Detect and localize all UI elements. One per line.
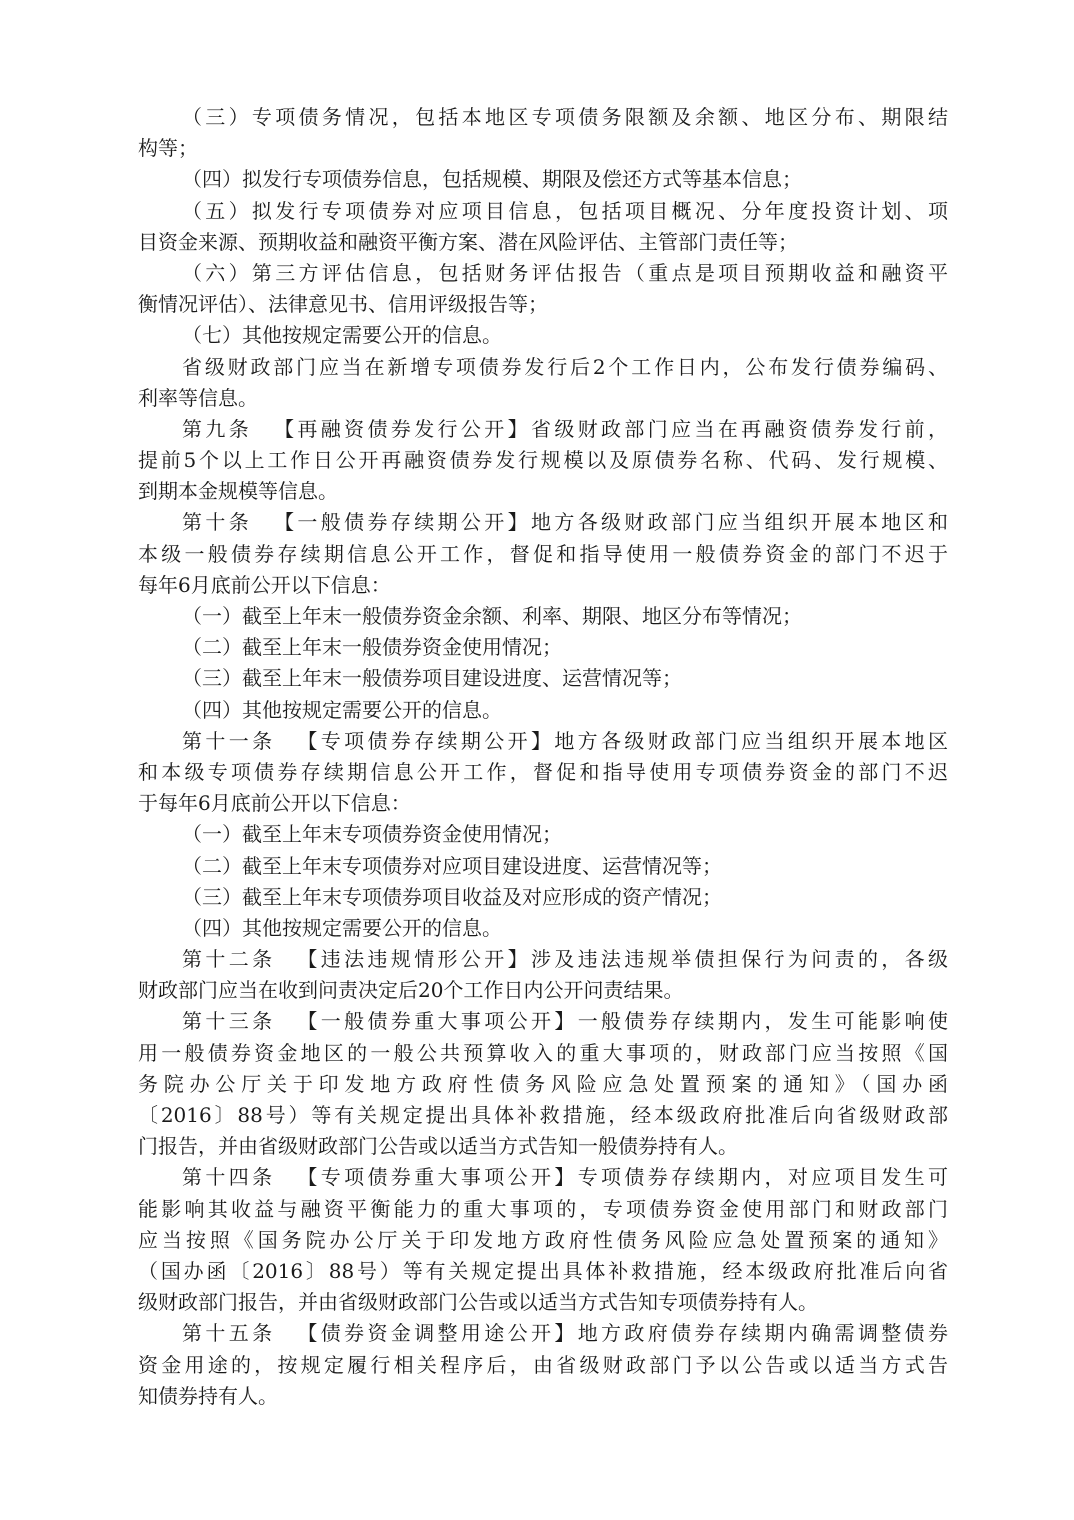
article-title: 【违法违规情形公开】	[297, 947, 531, 971]
list-item-7: （七）其他按规定需要公开的信息。	[138, 320, 948, 351]
text-line: 衡情况评估）、法律意见书、信用评级报告等；	[138, 289, 948, 320]
article-number: 第十四条	[182, 1165, 275, 1189]
article-13: 第十三条【一般债券重大事项公开】一般债券存续期内，发生可能影响使 用一般债券资金…	[138, 1006, 948, 1162]
article-number: 第九条	[182, 417, 252, 441]
document-page: （三）专项债务情况，包括本地区专项债务限额及余额、地区分布、期限结 构等； （四…	[138, 102, 948, 1412]
text-line: 省级财政部门应当在新增专项债券发行后2个工作日内，公布发行债券编码、	[138, 352, 948, 383]
text-line: （四）其他按规定需要公开的信息。	[138, 695, 948, 726]
article-title: 【一般债券重大事项公开】	[297, 1009, 577, 1033]
text-line: 涉及违法违规举债担保行为问责的，各级	[531, 947, 948, 971]
text-line: （七）其他按规定需要公开的信息。	[138, 320, 948, 351]
list-item: （一）截至上年末专项债券资金使用情况；	[138, 819, 948, 850]
text-line: 应当按照《国务院办公厅关于印发地方政府性债务风险应急处置预案的通知》	[138, 1225, 948, 1256]
text-line: 地方各级财政部门应当组织开展本地区和	[531, 510, 948, 534]
article-15: 第十五条【债券资金调整用途公开】地方政府债券存续期内确需调整债券 资金用途的，按…	[138, 1318, 948, 1412]
text-line: （一）截至上年末一般债券资金余额、利率、期限、地区分布等情况；	[138, 601, 948, 632]
article-title: 【债券资金调整用途公开】	[297, 1321, 577, 1345]
list-item-6: （六）第三方评估信息，包括财务评估报告（重点是项目预期收益和融资平 衡情况评估）…	[138, 258, 948, 320]
list-item-5: （五）拟发行专项债券对应项目信息，包括项目概况、分年度投资计划、项 目资金来源、…	[138, 196, 948, 258]
text-line: 务院办公厅关于印发地方政府性债务风险应急处置预案的通知》（国办函	[138, 1069, 948, 1100]
text-line: （二）截至上年末专项债券对应项目建设进度、运营情况等；	[138, 851, 948, 882]
text-line: 提前5个以上工作日公开再融资债券发行规模以及原债券名称、代码、发行规模、	[138, 445, 948, 476]
text-line: 知债券持有人。	[138, 1381, 948, 1412]
text-line: 目资金来源、预期收益和融资平衡方案、潜在风险评估、主管部门责任等；	[138, 227, 948, 258]
list-item: （三）截至上年末专项债券项目收益及对应形成的资产情况；	[138, 882, 948, 913]
article-14: 第十四条【专项债券重大事项公开】专项债券存续期内，对应项目发生可 能影响其收益与…	[138, 1162, 948, 1318]
article-first-line: 第十三条【一般债券重大事项公开】一般债券存续期内，发生可能影响使	[138, 1006, 948, 1037]
article-10: 第十条【一般债券存续期公开】地方各级财政部门应当组织开展本地区和 本级一般债券存…	[138, 507, 948, 601]
text-line: 本级一般债券存续期信息公开工作，督促和指导使用一般债券资金的部门不迟于	[138, 539, 948, 570]
text-line: （三）截至上年末一般债券项目建设进度、运营情况等；	[138, 663, 948, 694]
text-line: （国办函〔2016〕88号）等有关规定提出具体补救措施，经本级政府批准后向省	[138, 1256, 948, 1287]
paragraph-issue-info: 省级财政部门应当在新增专项债券发行后2个工作日内，公布发行债券编码、 利率等信息…	[138, 352, 948, 414]
text-line: 地方各级财政部门应当组织开展本地区	[554, 729, 948, 753]
text-line: 资金用途的，按规定履行相关程序后，由省级财政部门予以公告或以适当方式告	[138, 1350, 948, 1381]
article-12: 第十二条【违法违规情形公开】涉及违法违规举债担保行为问责的，各级 财政部门应当在…	[138, 944, 948, 1006]
text-line: 用一般债券资金地区的一般公共预算收入的重大事项的，财政部门应当按照《国	[138, 1038, 948, 1069]
article-title: 【一般债券存续期公开】	[274, 510, 531, 534]
text-line: 利率等信息。	[138, 383, 948, 414]
text-line: 门报告，并由省级财政部门公告或以适当方式告知一般债券持有人。	[138, 1131, 948, 1162]
article-first-line: 第十五条【债券资金调整用途公开】地方政府债券存续期内确需调整债券	[138, 1318, 948, 1349]
article-number: 第十三条	[182, 1009, 275, 1033]
text-line: 每年6月底前公开以下信息：	[138, 570, 948, 601]
text-line: 构等；	[138, 133, 948, 164]
list-item-4: （四）拟发行专项债券信息，包括规模、期限及偿还方式等基本信息；	[138, 164, 948, 195]
text-line: （三）专项债务情况，包括本地区专项债务限额及余额、地区分布、期限结	[138, 102, 948, 133]
article-number: 第十五条	[182, 1321, 275, 1345]
article-number: 第十条	[182, 510, 252, 534]
list-item: （四）其他按规定需要公开的信息。	[138, 913, 948, 944]
text-line: 财政部门应当在收到问责决定后20个工作日内公开问责结果。	[138, 975, 948, 1006]
text-line: （六）第三方评估信息，包括财务评估报告（重点是项目预期收益和融资平	[138, 258, 948, 289]
article-title: 【再融资债券发行公开】	[274, 417, 531, 441]
article-11: 第十一条【专项债券存续期公开】地方各级财政部门应当组织开展本地区 和本级专项债券…	[138, 726, 948, 820]
text-line: 专项债券存续期内，对应项目发生可	[578, 1165, 948, 1189]
text-line: 和本级专项债券存续期信息公开工作，督促和指导使用专项债券资金的部门不迟	[138, 757, 948, 788]
text-line: 到期本金规模等信息。	[138, 476, 948, 507]
text-line: 〔2016〕88号）等有关规定提出具体补救措施，经本级政府批准后向省级财政部	[138, 1100, 948, 1131]
text-line: （一）截至上年末专项债券资金使用情况；	[138, 819, 948, 850]
text-line: 省级财政部门应当在再融资债券发行前，	[531, 417, 948, 441]
text-line: （四）其他按规定需要公开的信息。	[138, 913, 948, 944]
article-title: 【专项债券存续期公开】	[297, 729, 554, 753]
text-line: （二）截至上年末一般债券资金使用情况；	[138, 632, 948, 663]
list-item-3: （三）专项债务情况，包括本地区专项债务限额及余额、地区分布、期限结 构等；	[138, 102, 948, 164]
list-item: （二）截至上年末一般债券资金使用情况；	[138, 632, 948, 663]
text-line: （五）拟发行专项债券对应项目信息，包括项目概况、分年度投资计划、项	[138, 196, 948, 227]
article-first-line: 第十条【一般债券存续期公开】地方各级财政部门应当组织开展本地区和	[138, 507, 948, 538]
article-title: 【专项债券重大事项公开】	[297, 1165, 577, 1189]
list-item: （三）截至上年末一般债券项目建设进度、运营情况等；	[138, 663, 948, 694]
list-item: （一）截至上年末一般债券资金余额、利率、期限、地区分布等情况；	[138, 601, 948, 632]
article-first-line: 第九条【再融资债券发行公开】省级财政部门应当在再融资债券发行前，	[138, 414, 948, 445]
article-number: 第十一条	[182, 729, 275, 753]
article-first-line: 第十一条【专项债券存续期公开】地方各级财政部门应当组织开展本地区	[138, 726, 948, 757]
text-line: 地方政府债券存续期内确需调整债券	[578, 1321, 948, 1345]
article-first-line: 第十四条【专项债券重大事项公开】专项债券存续期内，对应项目发生可	[138, 1162, 948, 1193]
list-item: （四）其他按规定需要公开的信息。	[138, 695, 948, 726]
text-line: 级财政部门报告，并由省级财政部门公告或以适当方式告知专项债券持有人。	[138, 1287, 948, 1318]
article-number: 第十二条	[182, 947, 275, 971]
text-line: 能影响其收益与融资平衡能力的重大事项的，专项债券资金使用部门和财政部门	[138, 1194, 948, 1225]
text-line: 一般债券存续期内，发生可能影响使	[578, 1009, 948, 1033]
list-item: （二）截至上年末专项债券对应项目建设进度、运营情况等；	[138, 851, 948, 882]
article-first-line: 第十二条【违法违规情形公开】涉及违法违规举债担保行为问责的，各级	[138, 944, 948, 975]
text-line: （三）截至上年末专项债券项目收益及对应形成的资产情况；	[138, 882, 948, 913]
text-line: 于每年6月底前公开以下信息：	[138, 788, 948, 819]
text-line: （四）拟发行专项债券信息，包括规模、期限及偿还方式等基本信息；	[138, 164, 948, 195]
article-9: 第九条【再融资债券发行公开】省级财政部门应当在再融资债券发行前， 提前5个以上工…	[138, 414, 948, 508]
